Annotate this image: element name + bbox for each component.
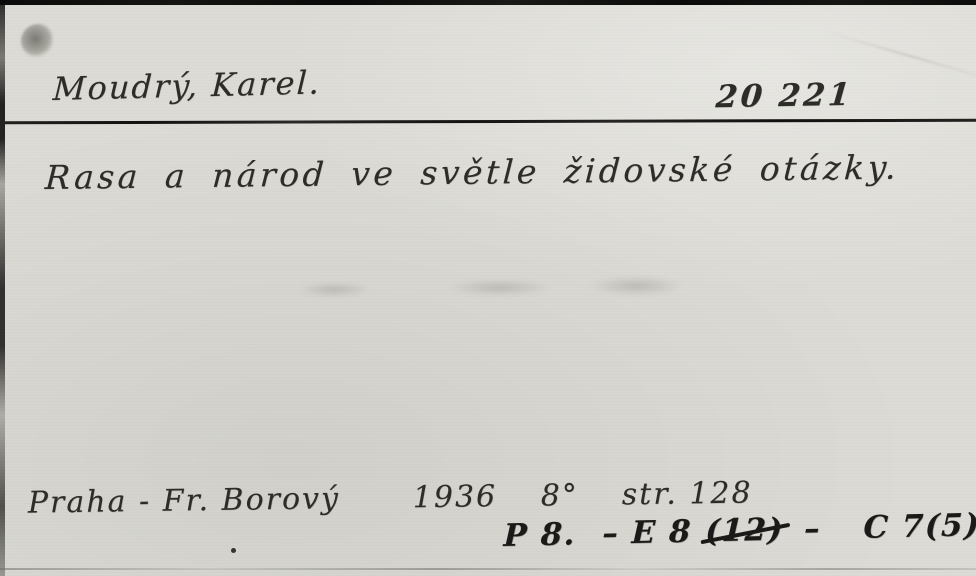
bleed-through-mark (448, 279, 552, 296)
bleed-through-mark (298, 282, 370, 297)
scan-edge-top (0, 0, 976, 5)
catalog-card: Moudrý, Karel. 20 221 Rasa a národ ve sv… (0, 0, 976, 576)
imprint-page-count: str. 128 (622, 475, 753, 512)
shelfmark-struck-segment: (12) (705, 512, 785, 550)
title-text: Rasa a národ ve světle židovské otázky. (44, 148, 900, 197)
shelfmark-segment: – E 8 (602, 514, 693, 552)
shelfmark-segment: P 8. (503, 516, 577, 554)
imprint-place-publisher: Praha - Fr. Borový (28, 481, 341, 520)
ruled-line (0, 119, 976, 125)
paper-crease (823, 30, 976, 82)
author-name: Moudrý, Karel. (52, 63, 322, 108)
imprint-format: 8° (541, 478, 580, 514)
catalog-number: 20 221 (714, 77, 854, 115)
bleed-through-mark (588, 276, 684, 296)
shelfmark-segment: – (804, 511, 822, 547)
ink-dot (231, 548, 236, 553)
ink-smudge (21, 24, 53, 57)
imprint-year: 1936 (413, 479, 498, 515)
card-bottom-edge (0, 568, 976, 570)
shelfmark-segment: C 7(5) (863, 507, 976, 546)
